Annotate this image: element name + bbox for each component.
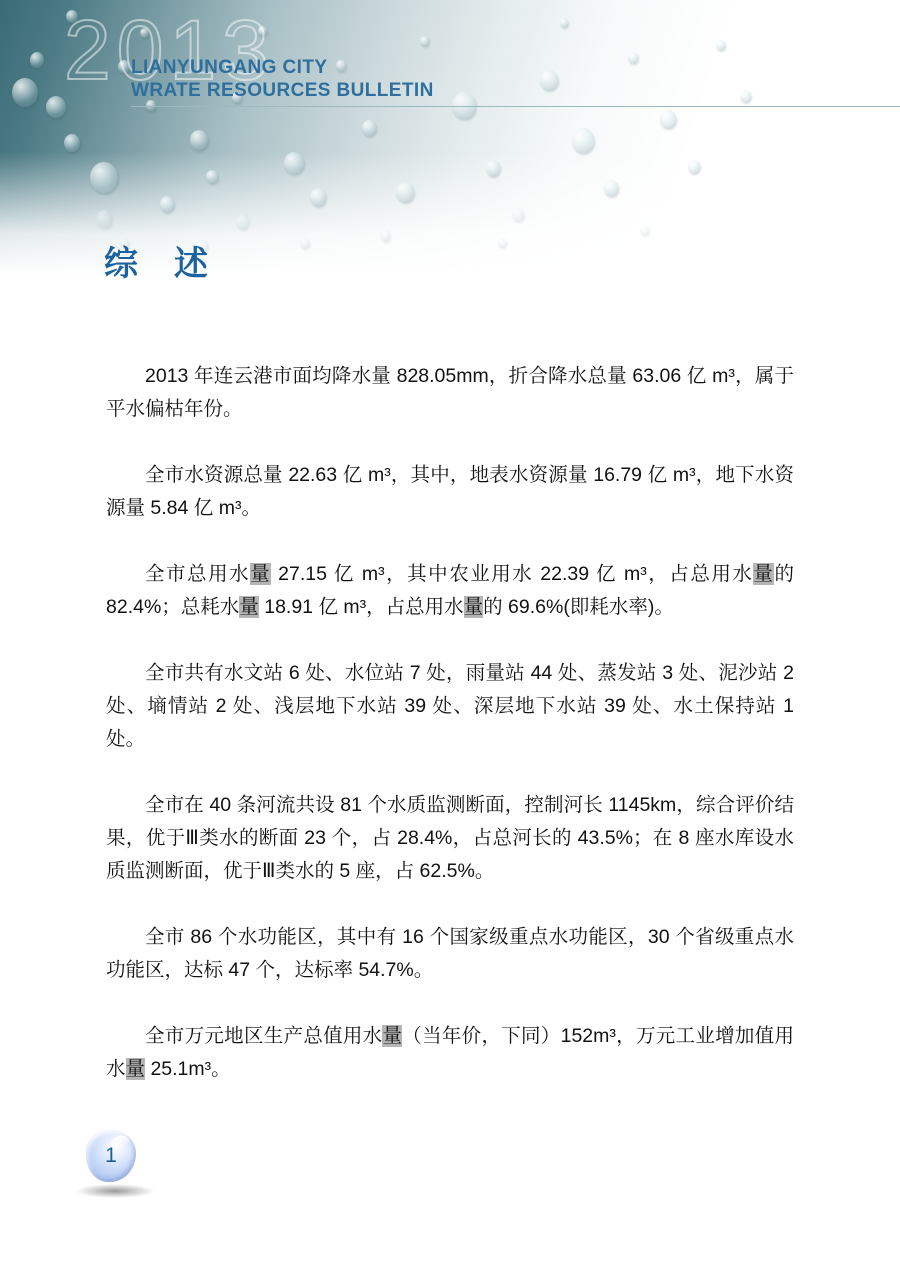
section-title: 综 述 [104,236,209,285]
highlighted-char: 量 [239,596,259,618]
header-rule [131,106,900,107]
water-droplet-icon [540,70,558,90]
water-droplet-icon [46,96,66,118]
water-droplet-icon [64,134,80,152]
water-droplet-icon [486,160,500,176]
highlighted-char: 量 [753,563,774,585]
water-droplet-icon [206,170,218,183]
water-droplet-icon [12,78,38,107]
bulletin-page: 2013 LIANYUNGANG CITY WRATE RESOURCES BU… [0,0,900,1272]
water-droplet-icon [160,196,174,212]
water-droplet-icon [740,90,751,102]
water-droplet-icon [604,180,618,196]
water-droplet-icon [96,210,112,228]
water-droplet-icon [284,152,304,174]
bulletin-title-en: LIANYUNGANG CITY WRATE RESOURCES BULLETI… [131,57,434,102]
paragraph: 全市共有水文站 6 处、水位站 7 处，雨量站 44 处、蒸发站 3 处、泥沙站… [106,657,794,756]
water-droplet-icon [660,110,676,128]
water-droplet-icon [380,230,390,241]
header-banner: 2013 LIANYUNGANG CITY WRATE RESOURCES BU… [0,0,900,276]
bulletin-title-line1: LIANYUNGANG CITY [131,57,434,80]
page-number-drop: 1 [86,1130,136,1182]
highlighted-char: 量 [250,563,271,585]
water-droplet-icon [236,214,249,229]
water-droplet-icon [572,128,594,153]
highlighted-char: 量 [382,1025,402,1047]
water-droplet-icon [498,238,506,247]
highlighted-char: 量 [126,1058,146,1080]
bulletin-title-line2: WRATE RESOURCES BULLETIN [131,80,434,103]
water-droplet-icon [716,40,725,50]
paragraph: 2013 年连云港市面均降水量 828.05mm，折合降水总量 63.06 亿 … [106,360,794,426]
page-number-shadow [76,1184,154,1198]
highlighted-char: 量 [464,596,484,618]
body-text: 2013 年连云港市面均降水量 828.05mm，折合降水总量 63.06 亿 … [106,360,794,1119]
water-droplet-icon [362,120,376,136]
water-droplet-icon [628,52,638,63]
page-number: 1 [105,1144,117,1168]
water-droplet-icon [640,225,649,235]
paragraph: 全市总用水量 27.15 亿 m³，其中农业用水 22.39 亿 m³，占总用水… [106,558,794,624]
water-droplet-icon [396,182,414,202]
water-droplet-icon [300,238,309,248]
paragraph: 全市万元地区生产总值用水量（当年价，下同）152m³，万元工业增加值用水量 25… [106,1020,794,1086]
paragraph: 全市在 40 条河流共设 81 个水质监测断面，控制河长 1145km，综合评价… [106,789,794,888]
water-droplet-icon [688,160,700,173]
water-droplet-icon [90,162,118,193]
paragraph: 全市水资源总量 22.63 亿 m³，其中，地表水资源量 16.79 亿 m³，… [106,459,794,525]
water-droplet-icon [30,52,44,68]
water-droplet-icon [420,36,429,46]
water-droplet-icon [190,130,208,150]
water-droplet-icon [560,18,568,27]
water-droplet-icon [512,208,524,221]
paragraph: 全市 86 个水功能区，其中有 16 个国家级重点水功能区，30 个省级重点水功… [106,921,794,987]
water-droplet-icon [310,188,326,206]
